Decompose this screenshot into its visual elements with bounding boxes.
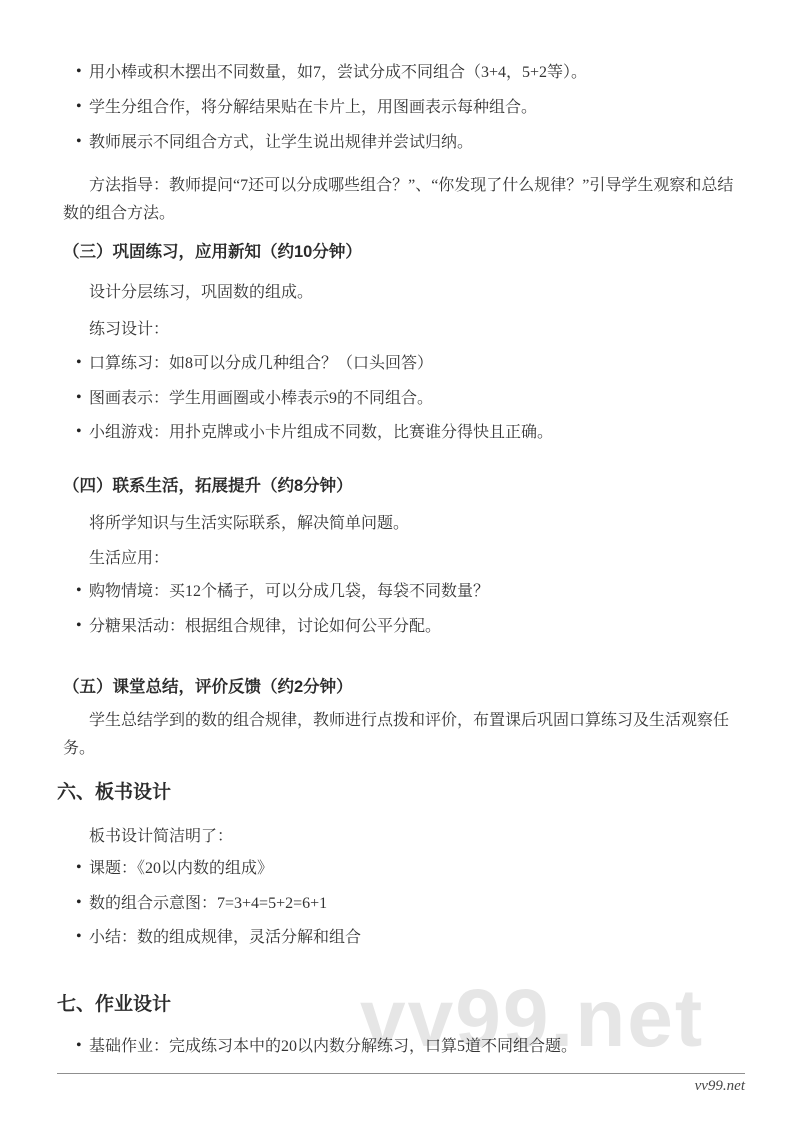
bullet-text: 口算练习：如8可以分成几种组合？（口头回答） (89, 355, 433, 372)
bullet-text: 教师展示不同组合方式，让学生说出规律并尝试归纳。 (89, 134, 473, 151)
paragraph: 练习设计： (63, 316, 747, 344)
bullet-text: 购物情境：买12个橘子，可以分成几袋，每袋不同数量？ (89, 583, 489, 600)
paragraph: 设计分层练习，巩固数的组成。 (63, 279, 747, 307)
chapter-heading: 七、作业设计 (57, 992, 741, 1018)
bullet-marker: • (76, 926, 82, 948)
bullet-marker: • (76, 421, 82, 443)
bullet-marker: • (76, 352, 82, 374)
bullet-item: •数的组合示意图：7=3+4=5+2=6+1 (63, 893, 747, 915)
bullet-text: 图画表示：学生用画圈或小棒表示9的不同组合。 (89, 390, 433, 407)
bullet-marker: • (76, 61, 82, 83)
bullet-text: 分糖果活动：根据组合规律，讨论如何公平分配。 (89, 618, 441, 635)
bullet-text: 学生分组合作，将分解结果贴在卡片上，用图画表示每种组合。 (89, 99, 537, 116)
bullet-text: 基础作业：完成练习本中的20以内数分解练习，口算5道不同组合题。 (89, 1038, 577, 1055)
footer-divider (57, 1073, 745, 1074)
document-page: vv99.net •用小棒或积木摆出不同数量，如7，尝试分成不同组合（3+4，5… (0, 0, 800, 1130)
bullet-text: 用小棒或积木摆出不同数量，如7，尝试分成不同组合（3+4，5+2等）。 (89, 64, 587, 81)
bullet-marker: • (76, 1035, 82, 1057)
bullet-text: 课题：《20以内数的组成》 (89, 860, 273, 877)
bullet-item: •学生分组合作，将分解结果贴在卡片上，用图画表示每种组合。 (63, 97, 747, 119)
section-heading: （四）联系生活，拓展提升（约8分钟） (63, 474, 747, 498)
section-heading: （三）巩固练习，应用新知（约10分钟） (63, 240, 747, 264)
bullet-item: •分糖果活动：根据组合规律，讨论如何公平分配。 (63, 616, 747, 638)
bullet-marker: • (76, 387, 82, 409)
paragraph: 板书设计简洁明了： (63, 823, 747, 851)
bullet-marker: • (76, 131, 82, 153)
bullet-text: 数的组合示意图：7=3+4=5+2=6+1 (89, 895, 327, 912)
bullet-marker: • (76, 892, 82, 914)
paragraph: 方法指导：教师提问“7还可以分成哪些组合？”、“你发现了什么规律？”引导学生观察… (63, 172, 747, 228)
bullet-marker: • (76, 857, 82, 879)
paragraph: 生活应用： (63, 545, 747, 573)
bullet-marker: • (76, 96, 82, 118)
bullet-text: 小组游戏：用扑克牌或小卡片组成不同数，比赛谁分得快且正确。 (89, 424, 553, 441)
bullet-item: •用小棒或积木摆出不同数量，如7，尝试分成不同组合（3+4，5+2等）。 (63, 62, 747, 84)
bullet-item: •购物情境：买12个橘子，可以分成几袋，每袋不同数量？ (63, 581, 747, 603)
section-heading: （五）课堂总结，评价反馈（约2分钟） (63, 675, 747, 699)
bullet-text: 小结：数的组成规律，灵活分解和组合 (89, 929, 361, 946)
chapter-heading: 六、板书设计 (57, 780, 741, 806)
paragraph: 学生总结学到的数的组合规律，教师进行点拨和评价，布置课后巩固口算练习及生活观察任… (63, 707, 747, 763)
footer-site-text: vv99.net (695, 1078, 745, 1095)
bullet-item: •小组游戏：用扑克牌或小卡片组成不同数，比赛谁分得快且正确。 (63, 422, 747, 444)
bullet-marker: • (76, 615, 82, 637)
bullet-item: •课题：《20以内数的组成》 (63, 858, 747, 880)
bullet-item: •教师展示不同组合方式，让学生说出规律并尝试归纳。 (63, 132, 747, 154)
paragraph: 将所学知识与生活实际联系，解决简单问题。 (63, 510, 747, 538)
bullet-item: •基础作业：完成练习本中的20以内数分解练习，口算5道不同组合题。 (63, 1036, 747, 1058)
bullet-item: •小结：数的组成规律，灵活分解和组合 (63, 927, 747, 949)
bullet-item: •图画表示：学生用画圈或小棒表示9的不同组合。 (63, 388, 747, 410)
bullet-marker: • (76, 580, 82, 602)
bullet-item: •口算练习：如8可以分成几种组合？（口头回答） (63, 353, 747, 375)
